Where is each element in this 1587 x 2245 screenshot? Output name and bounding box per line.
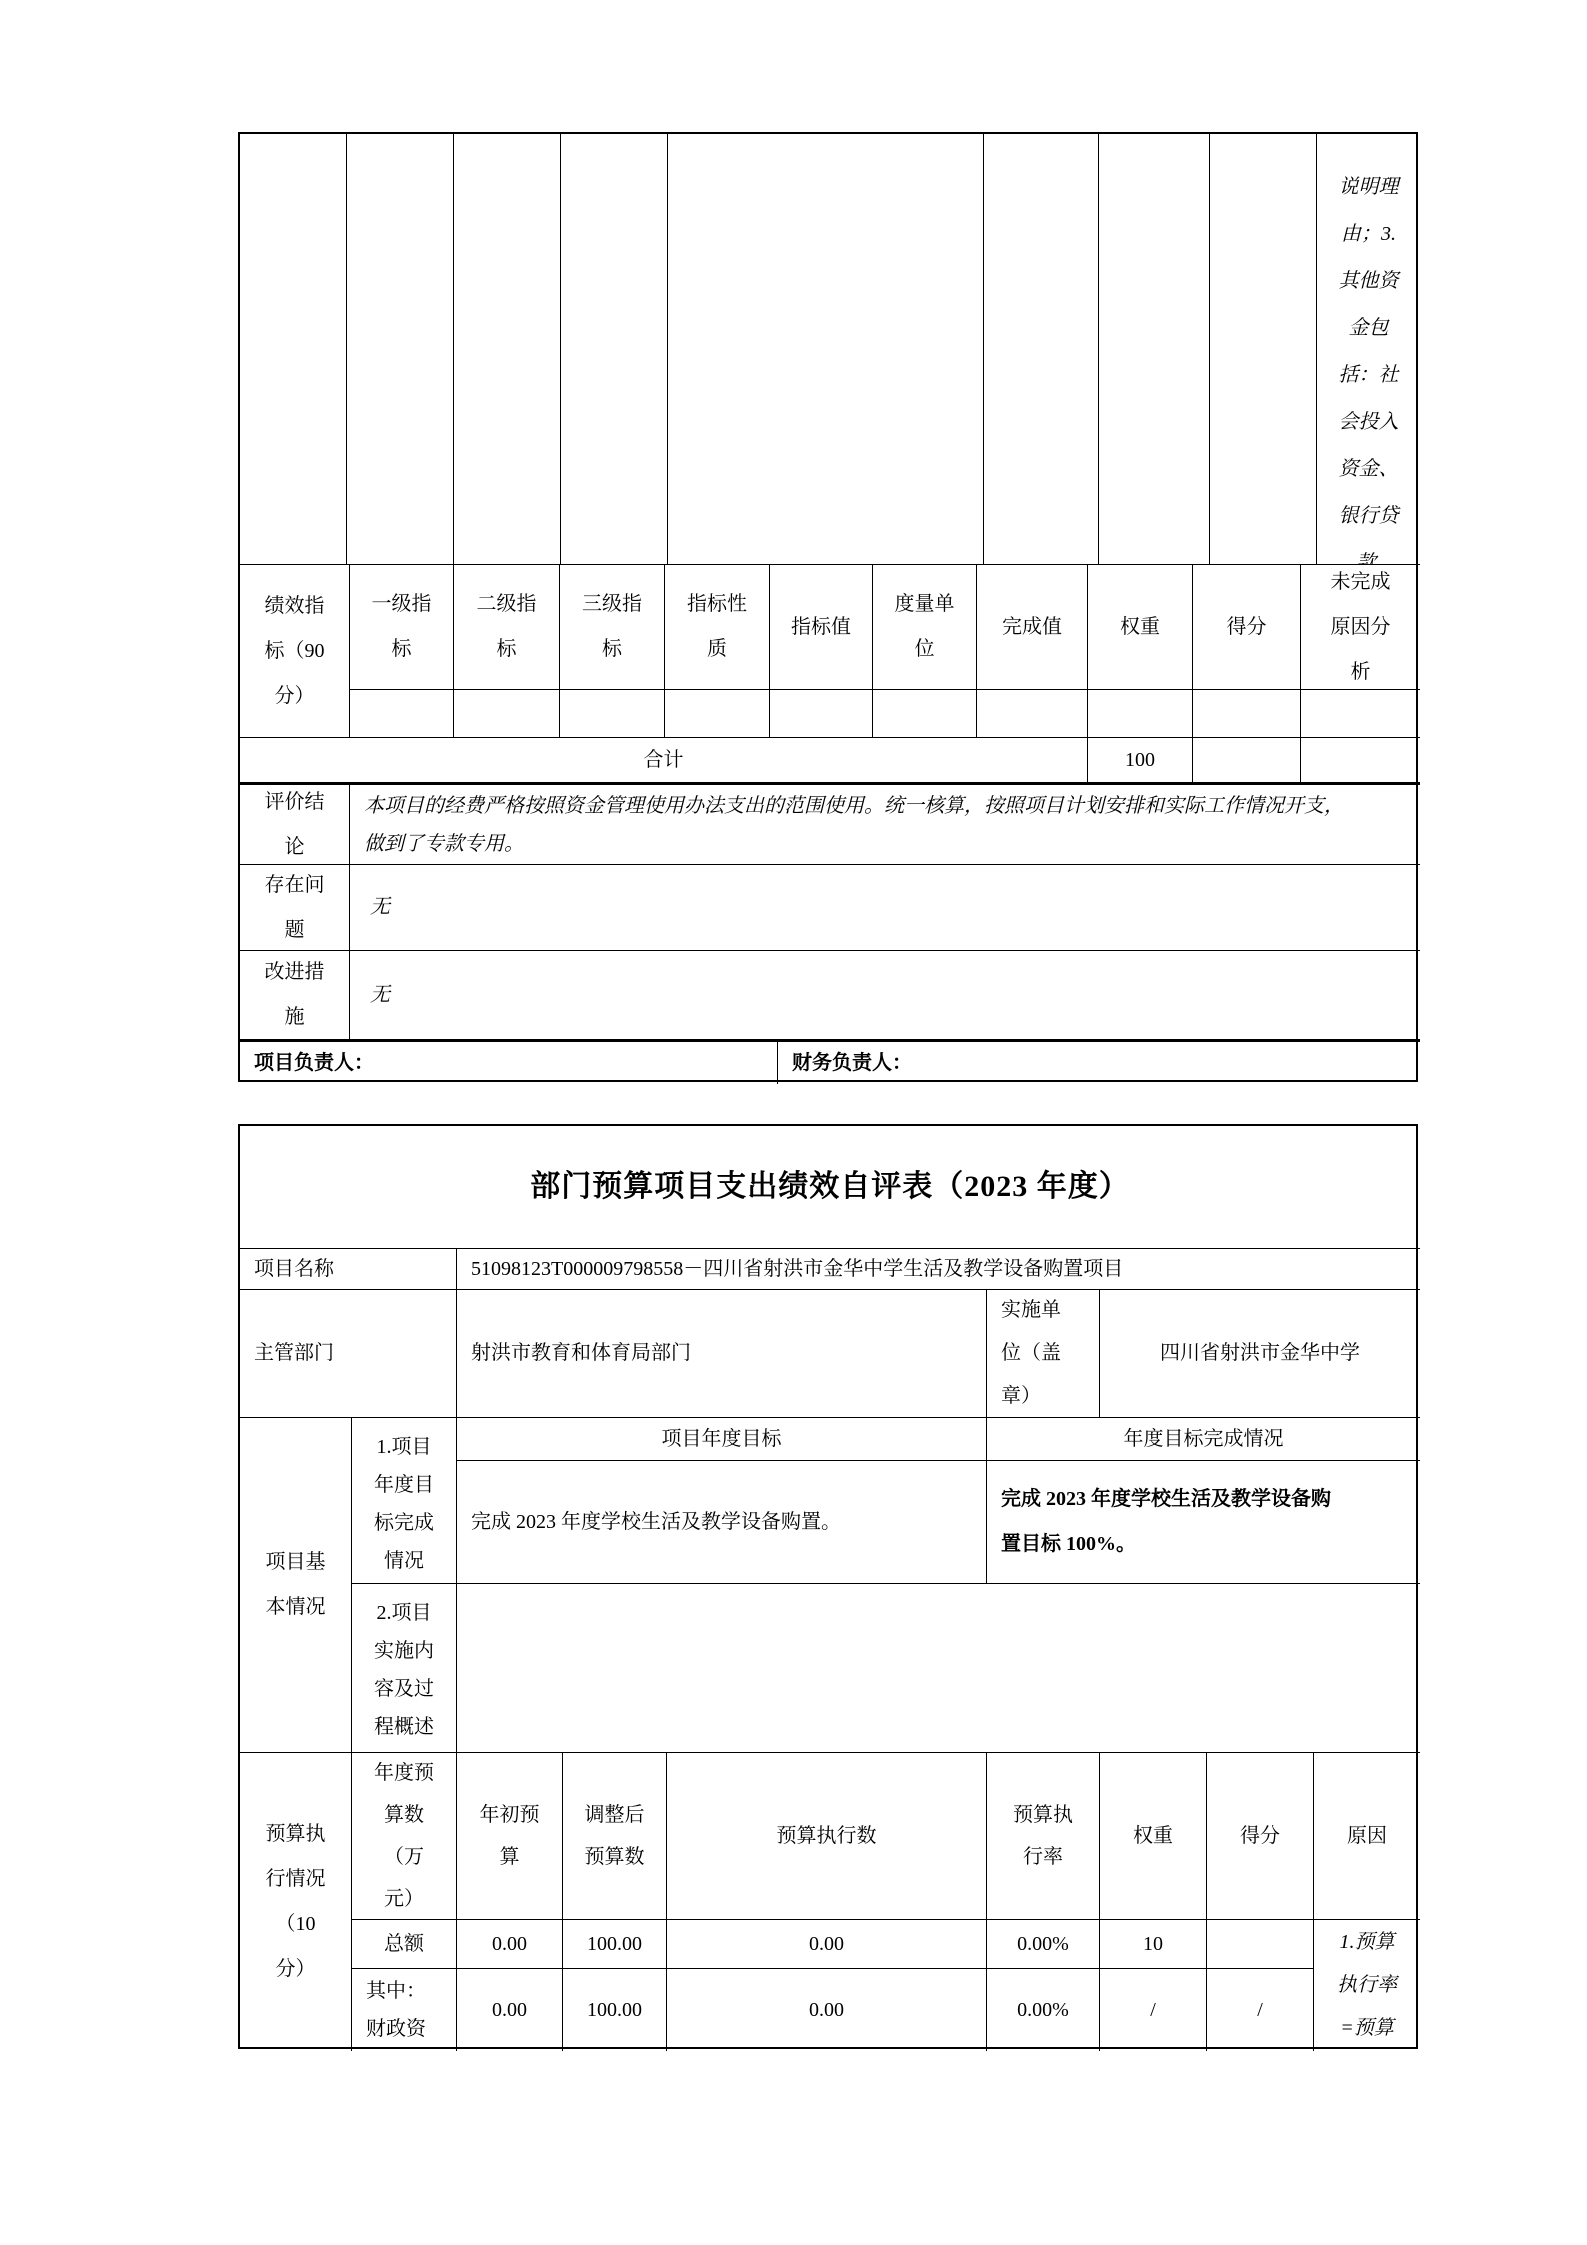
adjusted-budget-header: 调整后 预算数 [563,1753,667,1920]
executed-budget-header: 预算执行数 [667,1753,987,1920]
cont-row-cell-7 [1099,134,1210,565]
annual-goal-header: 项目年度目标 [457,1418,987,1461]
finance-lead-signature: 财务负责人： [778,1040,1420,1084]
conclusion-label: 评价结 论 [240,783,350,865]
header-uncompleted-reason: 未完成 原因分 析 [1301,565,1420,690]
header-level3-indicator: 三级指 标 [560,565,665,690]
measures-label: 改进措 施 [240,951,350,1040]
fiscal-executed: 0.00 [667,1969,987,2051]
budget-exec-label: 预算执 行情况 （10 分） [240,1753,352,2051]
header-indicator-value: 指标值 [770,565,873,690]
cont-row-cell-3 [454,134,561,565]
indicator-empty-cell-5 [770,690,873,738]
cont-row-cell-5 [668,134,984,565]
fiscal-rate: 0.00% [987,1969,1100,2051]
indicator-empty-cell-7 [977,690,1088,738]
goal-completion-text: 完成 2023 年度学校生活及教学设备购 置目标 100%。 [987,1461,1420,1584]
indicator-empty-cell-9 [1193,690,1301,738]
self-evaluation-table: 部门预算项目支出绩效自评表（2023 年度） 项目名称 51098123T000… [238,1124,1418,2049]
cont-row-cell-1 [240,134,347,565]
total-score-cell [1193,738,1301,783]
header-level1-indicator: 一级指 标 [350,565,454,690]
budget-total-adjusted: 100.00 [563,1920,667,1969]
execution-rate-header: 预算执 行率 [987,1753,1100,1920]
indicator-empty-cell-6 [873,690,977,738]
header-indicator-nature: 指标性 质 [665,565,770,690]
score-header: 得分 [1207,1753,1314,1920]
budget-total-rate: 0.00% [987,1920,1100,1969]
total-reason-cell [1301,738,1420,783]
conclusion-text: 本项目的经费严格按照资金管理使用办法支出的范围使用。统一核算，按照项目计划安排和… [350,783,1420,865]
budget-total-executed: 0.00 [667,1920,987,1969]
header-score: 得分 [1193,565,1301,690]
weight-header: 权重 [1100,1753,1207,1920]
measures-text: 无 [350,951,1420,1040]
goal-completion-header: 年度目标完成情况 [987,1418,1420,1461]
project-name-label: 项目名称 [240,1249,457,1290]
problems-label: 存在问 题 [240,865,350,951]
form-title: 部门预算项目支出绩效自评表（2023 年度） [240,1126,1420,1249]
header-measure-unit: 度量单 位 [873,565,977,690]
total-row-label: 合计 [240,738,1088,783]
budget-total-label: 总额 [352,1920,457,1969]
budget-total-initial: 0.00 [457,1920,563,1969]
header-completion-value: 完成值 [977,565,1088,690]
reason-header: 原因 [1314,1753,1420,1920]
implementing-unit-value: 四川省射洪市金华中学 [1100,1290,1420,1418]
indicator-empty-cell-4 [665,690,770,738]
department-value: 射洪市教育和体育局部门 [457,1290,987,1418]
fiscal-score: / [1207,1969,1314,2051]
problems-text: 无 [350,865,1420,951]
project-lead-signature: 项目负责人： [240,1040,778,1084]
cont-row-cell-4 [561,134,668,565]
indicator-empty-cell-8 [1088,690,1193,738]
perf-indicator-label: 绩效指 标（90 分） [240,565,350,738]
fiscal-weight: / [1100,1969,1207,2051]
budget-total-weight: 10 [1100,1920,1207,1969]
indicator-empty-cell-1 [350,690,454,738]
annual-budget-header: 年度预 算数 （万 元） [352,1753,457,1920]
form-continuation-table: 说明理 由；3. 其他资 金包 括：社 会投入 资金、 银行贷 款. 绩效指 标… [238,132,1418,1082]
indicator-empty-cell-2 [454,690,560,738]
fiscal-initial: 0.00 [457,1969,563,2051]
implementation-content-cell [457,1584,1420,1753]
budget-reason-note: 1.预算 执行率 =预算 [1314,1920,1420,2051]
header-weight: 权重 [1088,565,1193,690]
basic-info-label: 项目基 本情况 [240,1418,352,1753]
implementing-unit-label: 实施单 位（盖 章） [987,1290,1100,1418]
fiscal-adjusted: 100.00 [563,1969,667,2051]
indicator-empty-cell-3 [560,690,665,738]
header-level2-indicator: 二级指 标 [454,565,560,690]
reason-runoff-note: 说明理 由；3. 其他资 金包 括：社 会投入 资金、 银行贷 款. [1317,134,1420,565]
annual-goal-sublabel: 1.项目 年度目 标完成 情况 [352,1418,457,1584]
indicator-empty-cell-10 [1301,690,1420,738]
cont-row-cell-2 [347,134,454,565]
initial-budget-header: 年初预 算 [457,1753,563,1920]
total-weight-value: 100 [1088,738,1193,783]
cont-row-cell-6 [984,134,1099,565]
fiscal-funds-label: 其中： 财政资 [352,1969,457,2051]
annual-goal-text: 完成 2023 年度学校生活及教学设备购置。 [457,1461,987,1584]
budget-total-score-cell [1207,1920,1314,1969]
cont-row-cell-8 [1210,134,1317,565]
department-label: 主管部门 [240,1290,457,1418]
document-page: 说明理 由；3. 其他资 金包 括：社 会投入 资金、 银行贷 款. 绩效指 标… [0,0,1587,2245]
project-name-value: 51098123T000009798558－四川省射洪市金华中学生活及教学设备购… [457,1249,1420,1290]
implementation-sublabel: 2.项目 实施内 容及过 程概述 [352,1584,457,1753]
